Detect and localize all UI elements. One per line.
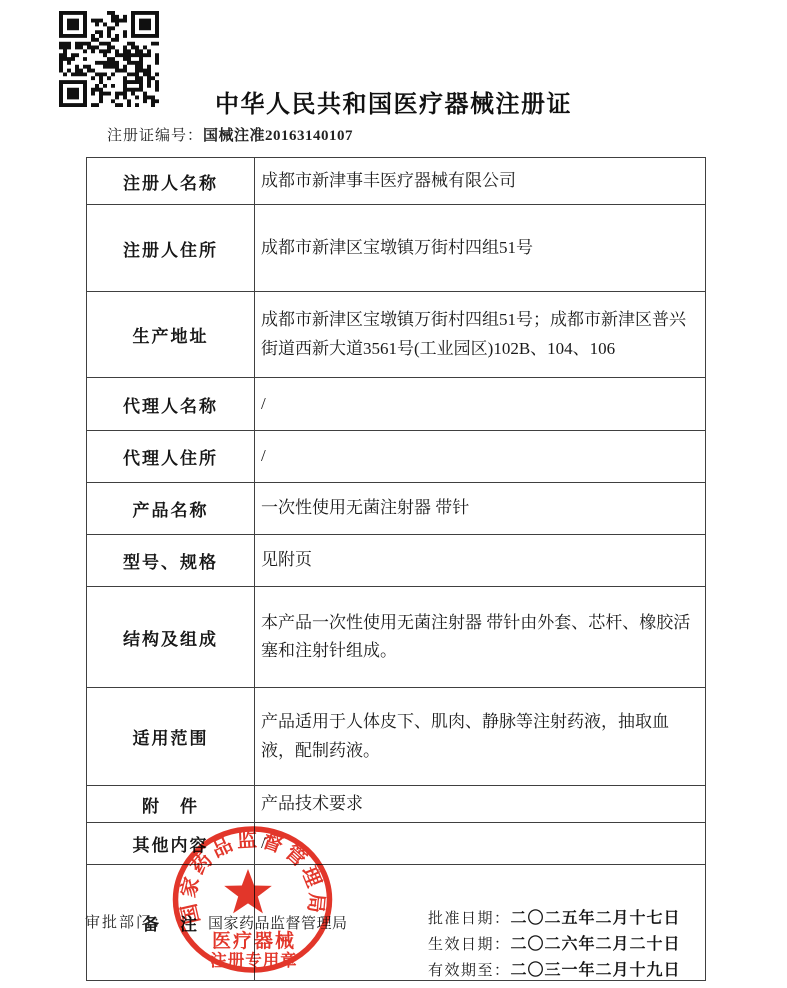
expiry-date-label: 有效期至：: [428, 963, 511, 979]
certificate-table: 注册人名称 成都市新津事丰医疗器械有限公司 注册人住所 成都市新津区宝墩镇万街村…: [86, 157, 706, 981]
table-row: 注册人住所 成都市新津区宝墩镇万街村四组51号: [87, 205, 706, 292]
row-label: 附 件: [87, 786, 255, 823]
row-label: 代理人名称: [87, 378, 255, 431]
registration-number-value: 国械注准20163140107: [203, 128, 353, 144]
certificate-title: 中华人民共和国医疗器械注册证: [0, 84, 787, 119]
row-value: /: [255, 378, 706, 431]
row-value: /: [255, 431, 706, 483]
approval-department-label: 审批部门：: [85, 915, 170, 931]
row-label: 结构及组成: [87, 587, 255, 688]
row-value: /: [255, 823, 706, 865]
row-value: 成都市新津事丰医疗器械有限公司: [255, 158, 706, 205]
row-value: 见附页: [255, 535, 706, 587]
approval-department-line: 审批部门： 国家药品监督管理局: [85, 911, 170, 932]
approval-department-value: 国家药品监督管理局: [208, 912, 408, 933]
row-label: 注册人名称: [87, 158, 255, 205]
dates-block: 批准日期：二〇二五年二月十七日 生效日期：二〇二六年二月二十日 有效期至：二〇三…: [428, 906, 681, 984]
effective-date-value: 二〇二六年二月二十日: [511, 936, 681, 953]
table-row: 代理人名称 /: [87, 378, 706, 431]
row-value: 本产品一次性使用无菌注射器 带针由外套、芯杆、橡胶活塞和注射针组成。: [255, 587, 706, 688]
row-label: 其他内容: [87, 823, 255, 865]
table-row: 结构及组成 本产品一次性使用无菌注射器 带针由外套、芯杆、橡胶活塞和注射针组成。: [87, 587, 706, 688]
registration-number-label: 注册证编号：: [107, 128, 203, 144]
table-row: 注册人名称 成都市新津事丰医疗器械有限公司: [87, 158, 706, 205]
row-value: 一次性使用无菌注射器 带针: [255, 483, 706, 535]
approval-date-value: 二〇二五年二月十七日: [511, 910, 681, 927]
row-label: 代理人住所: [87, 431, 255, 483]
expiry-date-value: 二〇三一年二月十九日: [511, 962, 681, 979]
row-value: 成都市新津区宝墩镇万街村四组51号；成都市新津区普兴街道西新大道3561号(工业…: [255, 292, 706, 378]
row-label: 注册人住所: [87, 205, 255, 292]
registration-number-line: 注册证编号：国械注准20163140107: [107, 124, 353, 145]
row-label: 生产地址: [87, 292, 255, 378]
row-label: 型号、规格: [87, 535, 255, 587]
table-row: 生产地址 成都市新津区宝墩镇万街村四组51号；成都市新津区普兴街道西新大道356…: [87, 292, 706, 378]
row-value: 成都市新津区宝墩镇万街村四组51号: [255, 205, 706, 292]
row-label: 产品名称: [87, 483, 255, 535]
expiry-date-line: 有效期至：二〇三一年二月十九日: [428, 958, 681, 984]
approval-date-line: 批准日期：二〇二五年二月十七日: [428, 906, 681, 932]
table-row: 适用范围 产品适用于人体皮下、肌肉、静脉等注射药液，抽取血液，配制药液。: [87, 688, 706, 786]
table-row: 产品名称 一次性使用无菌注射器 带针: [87, 483, 706, 535]
effective-date-line: 生效日期：二〇二六年二月二十日: [428, 932, 681, 958]
table-row: 代理人住所 /: [87, 431, 706, 483]
table-row: 其他内容 /: [87, 823, 706, 865]
table-row: 型号、规格 见附页: [87, 535, 706, 587]
approval-date-label: 批准日期：: [428, 911, 511, 927]
row-value: 产品技术要求: [255, 786, 706, 823]
effective-date-label: 生效日期：: [428, 937, 511, 953]
table-row: 附 件 产品技术要求: [87, 786, 706, 823]
row-value: 产品适用于人体皮下、肌肉、静脉等注射药液，抽取血液，配制药液。: [255, 688, 706, 786]
row-label: 适用范围: [87, 688, 255, 786]
